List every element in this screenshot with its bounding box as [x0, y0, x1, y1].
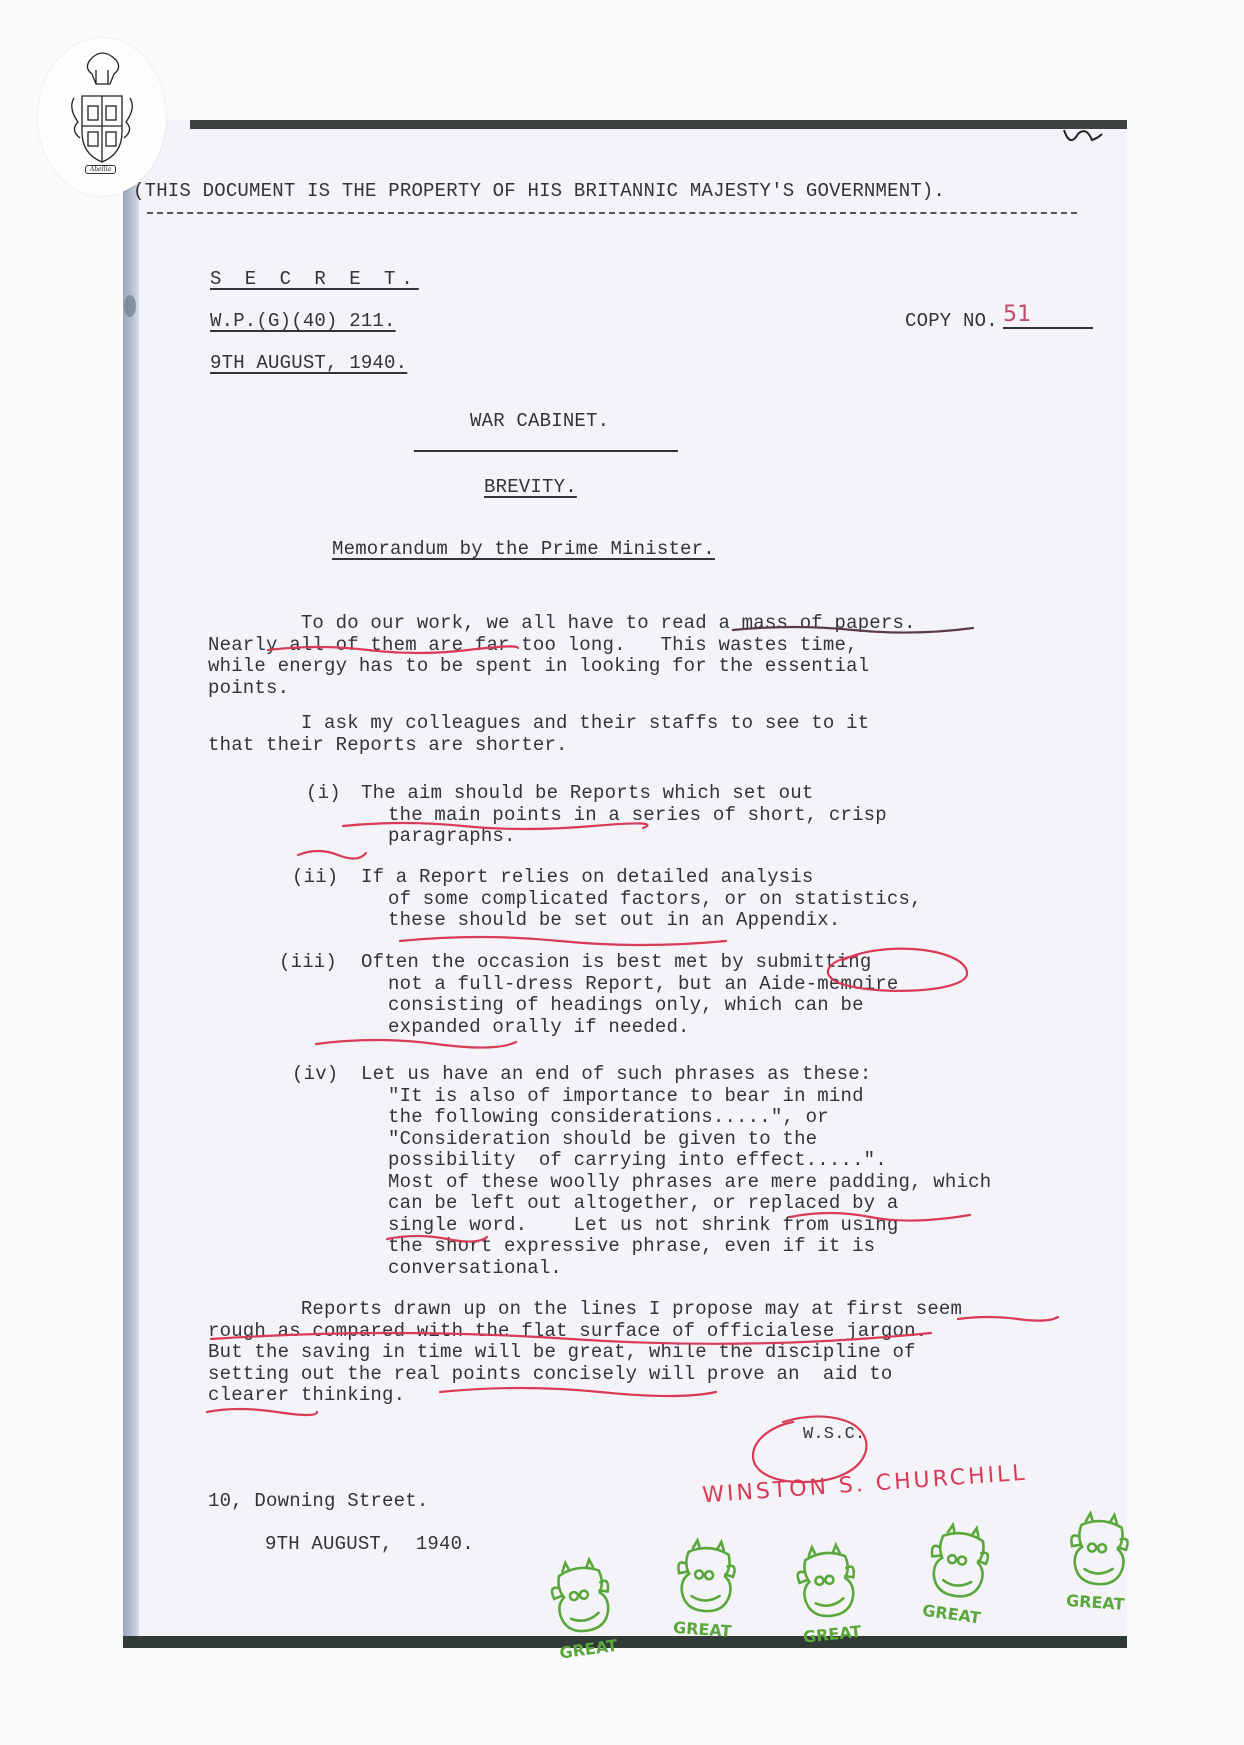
text-line: setting out the real points concisely wi… [208, 1363, 893, 1385]
item-line: Often the occasion is best met by submit… [361, 951, 871, 973]
item-line: not a full-dress Report, but an Aide-mem… [388, 973, 898, 995]
text-line: that their Reports are shorter. [208, 734, 568, 756]
seal-motto: Abellia [85, 165, 116, 174]
cow-great-stamp: GREAT [777, 1536, 878, 1655]
classification-label: S E C R E T. [210, 268, 419, 290]
text-line: Reports drawn up on the lines I propose … [208, 1298, 962, 1320]
item-line: the main points in a series of short, cr… [388, 804, 887, 826]
text-line: Nearly all of them are far too long. Thi… [208, 634, 858, 656]
cow-face-icon: GREAT [1049, 1505, 1146, 1621]
cow-face-icon: GREAT [777, 1536, 878, 1655]
cow-great-stamp: GREAT [1049, 1505, 1146, 1621]
item-line: Most of these woolly phrases are mere pa… [388, 1171, 991, 1193]
stamp-label: GREAT [802, 1622, 862, 1647]
property-notice: (THIS DOCUMENT IS THE PROPERTY OF HIS BR… [133, 180, 945, 202]
signature-initials: W.S.C. [803, 1425, 865, 1444]
item-line: "Consideration should be given to the [388, 1128, 817, 1150]
item-line: paragraphs. [388, 825, 516, 847]
coat-of-arms-seal: Abellia [38, 38, 166, 196]
item-line: single word. Let us not shrink from usin… [388, 1214, 898, 1236]
item-line: consisting of headings only, which can b… [388, 994, 864, 1016]
text-line: I ask my colleagues and their staffs to … [208, 712, 869, 734]
punch-hole [124, 295, 136, 317]
cow-great-stamp: GREAT [531, 1549, 635, 1670]
item-line: these should be set out in an Appendix. [388, 909, 840, 931]
footer-address: 10, Downing Street. [208, 1490, 428, 1512]
copy-number-label: COPY NO. [905, 310, 998, 332]
cow-great-stamp: GREAT [656, 1532, 753, 1648]
text-line: clearer thinking. [208, 1384, 405, 1406]
body-title: WAR CABINET. [470, 410, 609, 432]
corner-handwriting [1060, 124, 1120, 158]
footer-date: 9TH AUGUST, 1940. [265, 1533, 474, 1555]
scribble-icon [1060, 124, 1120, 154]
item-line: can be left out altogether, or replaced … [388, 1192, 898, 1214]
item-number: (i) [306, 782, 341, 804]
copy-number-handwritten: 51 [1003, 302, 1093, 329]
text-line: points. [208, 677, 289, 699]
stamp-label: GREAT [1065, 1591, 1125, 1614]
item-number: (ii) [292, 866, 338, 888]
dashed-separator [147, 212, 1077, 214]
item-line: of some complicated factors, or on stati… [388, 888, 922, 910]
top-border-bar [190, 120, 1127, 129]
cow-face-icon: GREAT [656, 1532, 753, 1648]
item-line: expanded orally if needed. [388, 1016, 690, 1038]
cow-face-icon: GREAT [905, 1514, 1009, 1635]
text-line: rough as compared with the flat surface … [208, 1320, 927, 1342]
item-number: (iii) [279, 951, 337, 973]
scan-binding-edge [123, 185, 139, 1638]
cow-face-icon: GREAT [531, 1549, 635, 1670]
stamp-label: GREAT [672, 1618, 732, 1641]
item-number: (iv) [292, 1063, 338, 1085]
document-date: 9TH AUGUST, 1940. [210, 352, 407, 374]
item-line: If a Report relies on detailed analysis [361, 866, 813, 888]
subject-title: BREVITY. [484, 476, 577, 498]
item-line: conversational. [388, 1257, 562, 1279]
stamp-label: GREAT [921, 1601, 982, 1628]
text-line: To do our work, we all have to read a ma… [208, 612, 916, 634]
stamp-label: GREAT [558, 1636, 619, 1663]
text-line: while energy has to be spent in looking … [208, 655, 869, 677]
item-line: Let us have an end of such phrases as th… [361, 1063, 871, 1085]
item-line: The aim should be Reports which set out [361, 782, 813, 804]
memorandum-subtitle: Memorandum by the Prime Minister. [332, 538, 715, 560]
item-line: "It is also of importance to bear in min… [388, 1085, 864, 1107]
item-line: the short expressive phrase, even if it … [388, 1235, 875, 1257]
item-line: possibility of carrying into effect.....… [388, 1149, 887, 1171]
cow-great-stamp: GREAT [905, 1514, 1009, 1635]
item-line: the following considerations.....", or [388, 1106, 829, 1128]
title-rule [414, 450, 678, 452]
text-line: But the saving in time will be great, wh… [208, 1341, 916, 1363]
reference-number: W.P.(G)(40) 211. [210, 310, 396, 332]
